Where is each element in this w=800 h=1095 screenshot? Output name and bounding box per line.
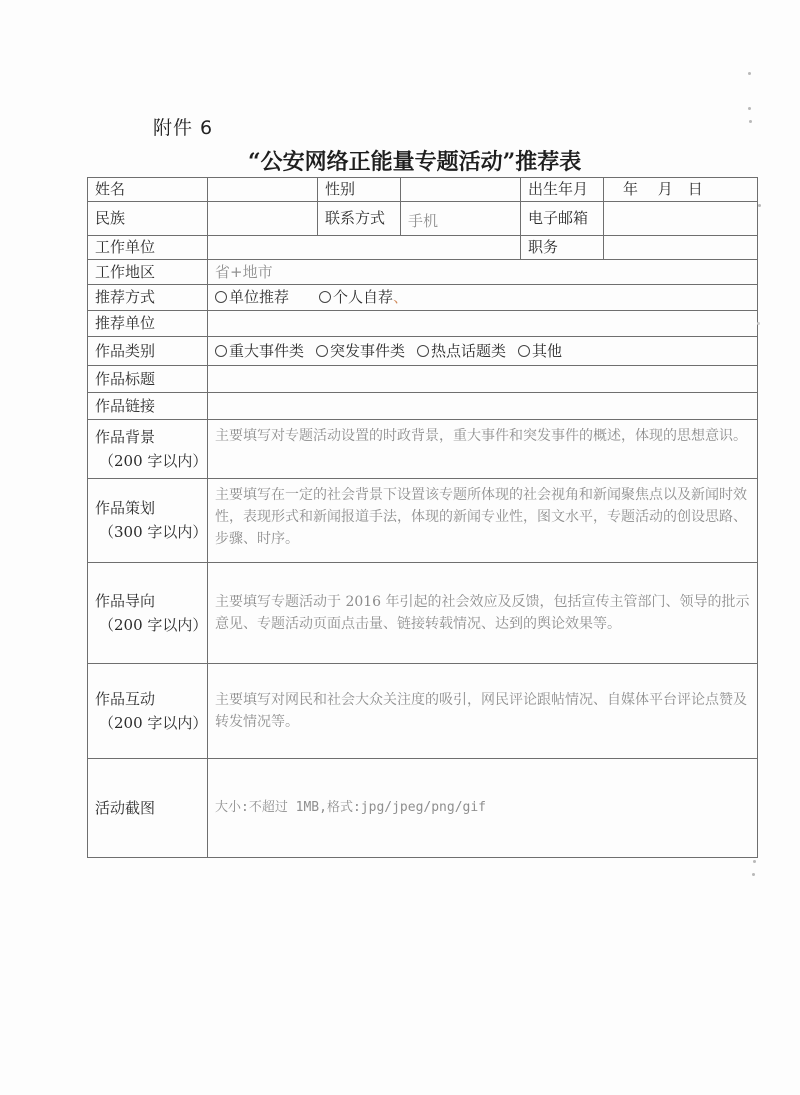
scan-speck <box>748 72 751 75</box>
document-title: “公安网络正能量专题活动”推荐表 <box>248 145 581 176</box>
region-field[interactable]: 省+地市 <box>207 259 757 284</box>
screenshot-upload-field[interactable]: 大小:不超过 1MB,格式:jpg/jpeg/png/gif <box>207 758 757 857</box>
radio-emergency-event[interactable]: 突发事件类 <box>316 341 405 361</box>
recommendation-form-table: 姓名 性别 出生年月 年 月 日 民族 联系方式 手机 电子邮箱 工作单位 职务… <box>87 177 757 857</box>
orientation-limit: （200 字以内） <box>95 613 207 637</box>
interaction-label-cell: 作品互动 （200 字以内） <box>87 663 207 758</box>
interaction-label: 作品互动 <box>95 687 155 711</box>
ethnicity-label: 民族 <box>87 201 207 235</box>
scan-speck <box>749 120 752 123</box>
orientation-label-cell: 作品导向 （200 字以内） <box>87 562 207 663</box>
screenshot-label: 活动截图 <box>87 758 207 857</box>
birth-date-field[interactable]: 年 月 日 <box>603 177 757 201</box>
ethnicity-field[interactable] <box>207 201 317 235</box>
email-label: 电子邮箱 <box>520 201 603 235</box>
orientation-label: 作品导向 <box>95 589 155 613</box>
scan-speck <box>757 322 760 325</box>
scanned-page: 附件 6 “公安网络正能量专题活动”推荐表 姓名 性别 出生年月 年 月 日 <box>0 0 800 1095</box>
table-border-bottom <box>87 857 758 858</box>
radio-circle-icon <box>319 291 331 303</box>
radio-major-event[interactable]: 重大事件类 <box>215 341 304 361</box>
planning-limit: （300 字以内） <box>95 520 207 544</box>
employer-field[interactable] <box>207 235 520 259</box>
scan-speck <box>758 204 761 207</box>
category-options: 重大事件类 突发事件类 热点话题类 其他 <box>207 336 757 365</box>
orientation-field[interactable]: 主要填写专题活动于 2016 年引起的社会效应及反馈，包括宣传主管部门、领导的批… <box>207 562 757 663</box>
interaction-field[interactable]: 主要填写对网民和社会大众关注度的吸引，网民评论跟帖情况、自媒体平台评论点赞及转发… <box>207 663 757 758</box>
background-label: 作品背景 <box>95 425 155 449</box>
position-label: 职务 <box>520 235 603 259</box>
gender-label: 性别 <box>317 177 400 201</box>
birth-date-label: 出生年月 <box>520 177 603 201</box>
region-label: 工作地区 <box>87 259 207 284</box>
recommend-method-label: 推荐方式 <box>87 284 207 310</box>
email-field[interactable] <box>603 201 757 235</box>
recommend-unit-label: 推荐单位 <box>87 310 207 336</box>
work-title-field[interactable] <box>207 365 757 392</box>
work-link-label: 作品链接 <box>87 392 207 419</box>
radio-circle-icon <box>417 345 429 357</box>
work-title-label: 作品标题 <box>87 365 207 392</box>
work-link-field[interactable] <box>207 392 757 419</box>
category-label: 作品类别 <box>87 336 207 365</box>
radio-self-recommend[interactable]: 个人自荐 <box>319 287 393 307</box>
planning-field[interactable]: 主要填写在一定的社会背景下设置该专题所体现的社会视角和新闻聚焦点以及新闻时效性，… <box>207 478 757 562</box>
radio-circle-icon <box>518 345 530 357</box>
scan-speck <box>748 107 751 110</box>
scan-speck <box>753 860 756 863</box>
contact-phone-field[interactable]: 手机 <box>400 201 520 235</box>
planning-label: 作品策划 <box>95 496 155 520</box>
scan-speck <box>752 873 755 876</box>
attachment-label: 附件 6 <box>153 113 213 140</box>
background-field[interactable]: 主要填写对专题活动设置的时政背景，重大事件和突发事件的概述，体现的思想意识。 <box>207 419 757 478</box>
radio-circle-icon <box>316 345 328 357</box>
name-field[interactable] <box>207 177 317 201</box>
recommend-method-options: 单位推荐 个人自荐 、 <box>207 284 757 310</box>
recommend-unit-field[interactable] <box>207 310 757 336</box>
position-field[interactable] <box>603 235 757 259</box>
table-border-right <box>757 177 758 858</box>
radio-unit-recommend[interactable]: 单位推荐 <box>215 287 289 307</box>
stray-punctuation-mark: 、 <box>393 287 408 307</box>
background-limit: （200 字以内） <box>95 449 207 473</box>
background-label-cell: 作品背景 （200 字以内） <box>87 419 207 478</box>
radio-hot-topic[interactable]: 热点话题类 <box>417 341 506 361</box>
radio-circle-icon <box>215 345 227 357</box>
employer-label: 工作单位 <box>87 235 207 259</box>
radio-circle-icon <box>215 291 227 303</box>
gender-field[interactable] <box>400 177 520 201</box>
name-label: 姓名 <box>87 177 207 201</box>
contact-label: 联系方式 <box>317 201 400 235</box>
interaction-limit: （200 字以内） <box>95 711 207 735</box>
planning-label-cell: 作品策划 （300 字以内） <box>87 478 207 562</box>
radio-other[interactable]: 其他 <box>518 341 562 361</box>
